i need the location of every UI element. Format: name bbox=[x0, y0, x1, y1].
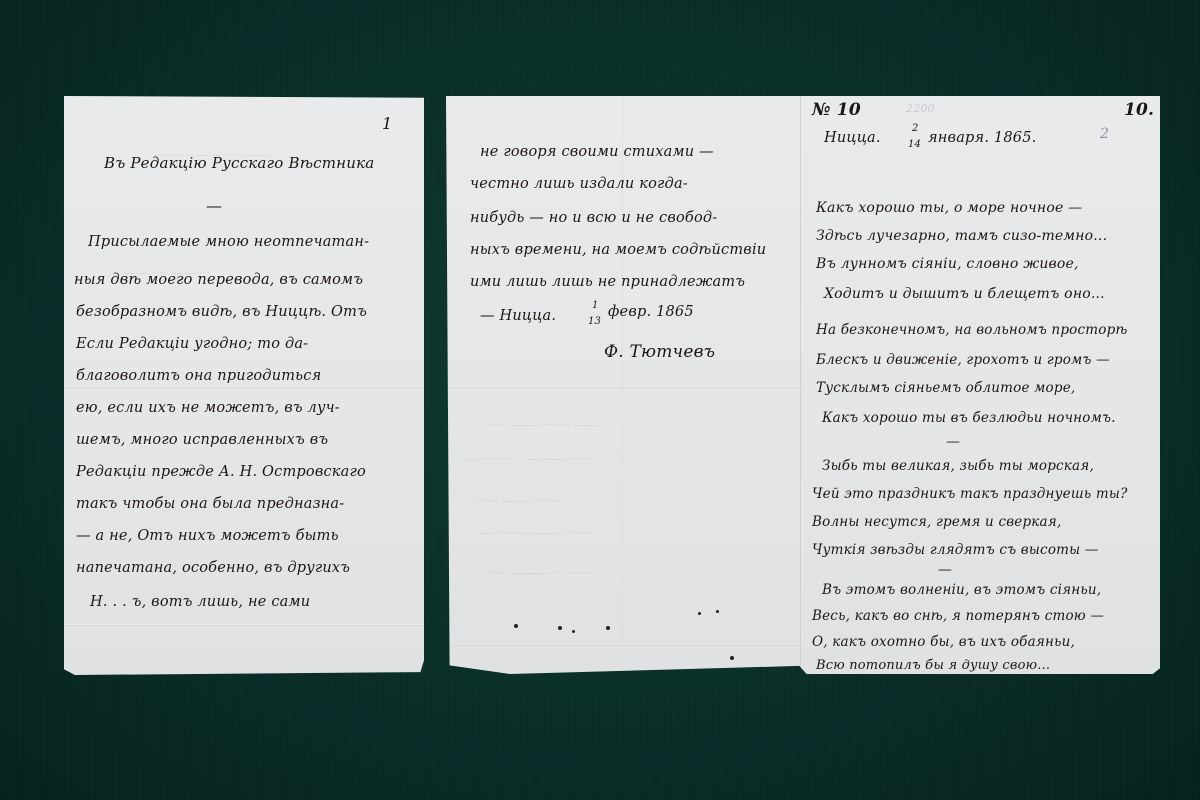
letter-line: ныхъ времени, на моемъ содѣйствіи bbox=[470, 242, 766, 258]
bleed-through-text: — ······ ——— ········ bbox=[480, 526, 593, 540]
paper-crease bbox=[64, 624, 424, 626]
letter-line: такъ чтобы она была предназна- bbox=[76, 496, 344, 512]
poem-line: Ходитъ и дышитъ и блещетъ оно... bbox=[824, 286, 1105, 302]
letter-line: Н. . . ъ, вотъ лишь, не сами bbox=[90, 594, 310, 610]
letter-line: нибудь — но и всю и не свобод- bbox=[470, 210, 717, 226]
bleed-through-text: ······ —— ········ —— bbox=[486, 418, 599, 432]
letter-line: напечатана, особенно, въ другихъ bbox=[76, 560, 350, 576]
poem-line: На безконечномъ, на вольномъ просторѣ bbox=[816, 322, 1128, 338]
ink-spot bbox=[698, 612, 701, 615]
bleed-through-text: ······ —— ········ bbox=[476, 494, 561, 508]
page-mark: 1 bbox=[382, 114, 392, 133]
pencil-archive-number: 2200 bbox=[906, 102, 935, 115]
date-fraction-bottom: 14 bbox=[908, 139, 921, 150]
signature: Ф. Тютчевъ bbox=[604, 342, 715, 362]
poem-line: Блескъ и движеніе, грохотъ и громъ — bbox=[816, 352, 1110, 368]
poem-line: Волны несутся, гремя и сверкая, bbox=[812, 514, 1061, 530]
date-fraction-bottom: 13 bbox=[588, 316, 601, 327]
bleed-through-text: — ········ ·· ——— ······ bbox=[466, 452, 590, 466]
poem-line: Какъ хорошо ты, о море ночное — bbox=[816, 200, 1082, 216]
ink-spot bbox=[572, 630, 575, 633]
letter-line: ныя двѣ моего перевода, въ самомъ bbox=[74, 272, 363, 288]
stanza-separator: — bbox=[938, 562, 952, 578]
date-month-year: января. 1865. bbox=[928, 130, 1036, 146]
poem-line: Въ этомъ волненіи, въ этомъ сіяньи, bbox=[822, 582, 1101, 598]
center-fold bbox=[800, 96, 802, 674]
letter-line: ею, если ихъ не можетъ, въ луч- bbox=[76, 400, 340, 416]
paper-crease bbox=[64, 386, 424, 388]
address-line: Въ Редакцію Русскаго Вѣстника bbox=[104, 154, 374, 172]
ink-spot bbox=[606, 626, 610, 630]
poem-line: Какъ хорошо ты въ безлюдьи ночномъ. bbox=[822, 410, 1116, 426]
paper-crease bbox=[446, 386, 802, 388]
date-fraction-top: 2 bbox=[912, 123, 919, 134]
poem-line: Тусклымъ сіяньемъ облитое море, bbox=[816, 380, 1075, 396]
letter-line: Присылаемые мною неотпечатан- bbox=[88, 234, 369, 250]
date-month-year: февр. 1865 bbox=[608, 304, 694, 320]
paper-crease bbox=[446, 644, 802, 646]
separator: — bbox=[206, 196, 222, 215]
pencil-mark: 2 bbox=[1100, 126, 1109, 142]
letter-line: безобразномъ видѣ, въ Ниццѣ. Отъ bbox=[76, 304, 367, 320]
letter-line: Если Редакціи угодно; то да- bbox=[76, 336, 308, 352]
folded-manuscript-sheet: не говоря своими стихами — честно лишь и… bbox=[446, 96, 1160, 674]
poem-line: Весь, какъ во снѣ, я потерянъ стою — bbox=[812, 608, 1104, 624]
poem-line: Всю потопилъ бы я душу свою... bbox=[816, 658, 1050, 673]
ink-spot bbox=[514, 624, 518, 628]
poem-line: Чей это праздникъ такъ празднуешь ты? bbox=[812, 486, 1128, 502]
date-place: — Ницца. bbox=[480, 308, 556, 324]
letter-line: ими лишь лишь не принадлежатъ bbox=[470, 274, 745, 290]
page-number: 10. bbox=[1124, 100, 1154, 120]
bleed-through-text: ······ ——— ·· ······· bbox=[486, 566, 591, 580]
ink-spot bbox=[558, 626, 562, 630]
poem-line: Въ лунномъ сіяніи, словно живое, bbox=[816, 256, 1079, 272]
letter-line: — а не, Отъ нихъ можетъ быть bbox=[76, 528, 339, 544]
letter-line: Редакціи прежде А. Н. Островскаго bbox=[76, 464, 366, 480]
letter-line: шемъ, много исправленныхъ въ bbox=[76, 432, 328, 448]
ink-spot bbox=[716, 610, 719, 613]
poem-line: Зыбь ты великая, зыбь ты морская, bbox=[822, 458, 1094, 474]
date-fraction-top: 1 bbox=[592, 300, 599, 311]
letter-line: честно лишь издали когда- bbox=[470, 176, 688, 192]
poem-line: Чуткія звѣзды глядятъ съ высоты — bbox=[812, 542, 1099, 558]
left-manuscript-sheet: — — ·· —— ···· —— —— ···· —— ··· 1 Въ Ре… bbox=[64, 96, 424, 675]
ink-spot bbox=[730, 656, 734, 660]
stanza-separator: — bbox=[946, 434, 960, 450]
letter-line: благоволитъ она пригодиться bbox=[76, 368, 321, 384]
poem-line: Здѣсь лучезарно, тамъ сизо-темно... bbox=[816, 228, 1107, 244]
manuscript-number: № 10 bbox=[812, 100, 861, 120]
poem-line: О, какъ охотно бы, въ ихъ обаяньи, bbox=[812, 634, 1075, 650]
date-place: Ницца. bbox=[824, 130, 881, 146]
letter-line: не говоря своими стихами — bbox=[480, 144, 714, 160]
